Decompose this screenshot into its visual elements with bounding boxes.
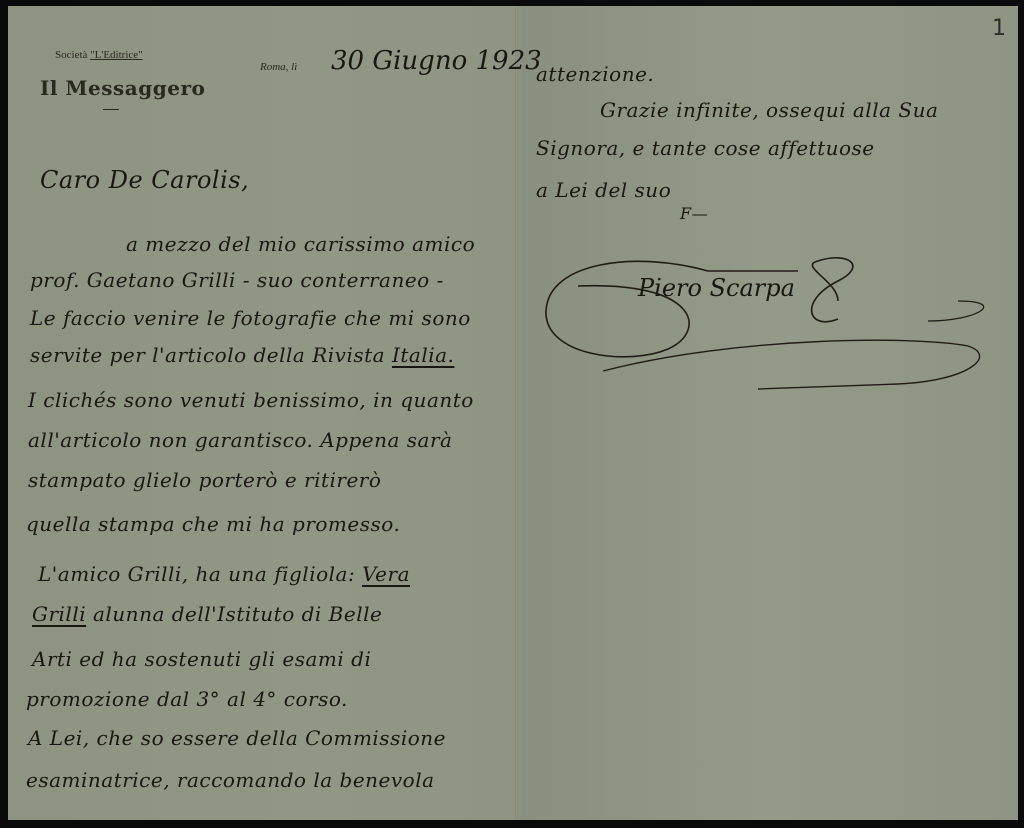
company-label: Società [55,49,87,61]
body-line: quella stampa che mi ha promesso. [26,512,400,536]
signature-flourish-icon [538,241,998,391]
closing-mark: F— [680,204,708,223]
body-line: A Lei, che so essere della Commissione [28,726,446,750]
page-number: 1 [992,16,1006,41]
body-line: Grilli alunna dell'Istituto di Belle [32,602,382,626]
body-line: prof. Gaetano Grilli - suo conterraneo - [30,268,444,292]
date-text: 30 Giugno 192 [331,46,525,76]
body-line: stampato glielo porterò e ritirerò [28,468,381,492]
body-line: all'articolo non garantisco. Appena sarà [28,428,452,452]
right-page: 1 attenzione. Grazie infinite, ossequi a… [518,6,1018,820]
masthead: Il Messaggero [40,76,205,100]
masthead-rule [103,109,119,110]
daughter-last-name: Grilli [32,602,86,626]
letterhead-company: Società "L'Editrice" [55,49,143,61]
body-line: esaminatrice, raccomando la benevola [26,768,435,792]
body-line: Le faccio venire le fotografie che mi so… [30,306,471,330]
left-page: Società "L'Editrice" Il Messaggero Roma,… [8,6,515,820]
body-line: I clichés sono venuti benissimo, in quan… [28,388,474,412]
body-line: a Lei del suo [536,178,671,202]
letter-date: 30 Giugno 1923 [331,46,542,76]
body-line: Grazie infinite, ossequi alla Sua [600,98,938,122]
body-text: L'amico Grilli, ha una figliola: [38,562,355,586]
place-label: Roma, lì [260,61,297,73]
body-line: Arti ed ha sostenuti gli esami di [32,647,371,671]
company-name: "L'Editrice" [90,49,143,61]
daughter-first-name: Vera [362,562,410,586]
signature: Piero Scarpa [638,274,795,302]
letter-sheet: Società "L'Editrice" Il Messaggero Roma,… [8,6,1018,820]
body-line: L'amico Grilli, ha una figliola: Vera [38,562,410,586]
body-line: Signora, e tante cose affettuose [536,136,875,160]
body-text: servite per l'articolo della Rivista [30,343,385,367]
body-line: attenzione. [536,62,654,86]
salutation: Caro De Carolis, [40,166,249,194]
rivista-name: Italia. [392,343,454,367]
body-line: servite per l'articolo della Rivista Ita… [30,343,454,367]
body-text: alunna dell'Istituto di Belle [93,602,382,626]
body-line: a mezzo del mio carissimo amico [126,232,475,256]
body-line: promozione dal 3° al 4° corso. [26,687,348,711]
